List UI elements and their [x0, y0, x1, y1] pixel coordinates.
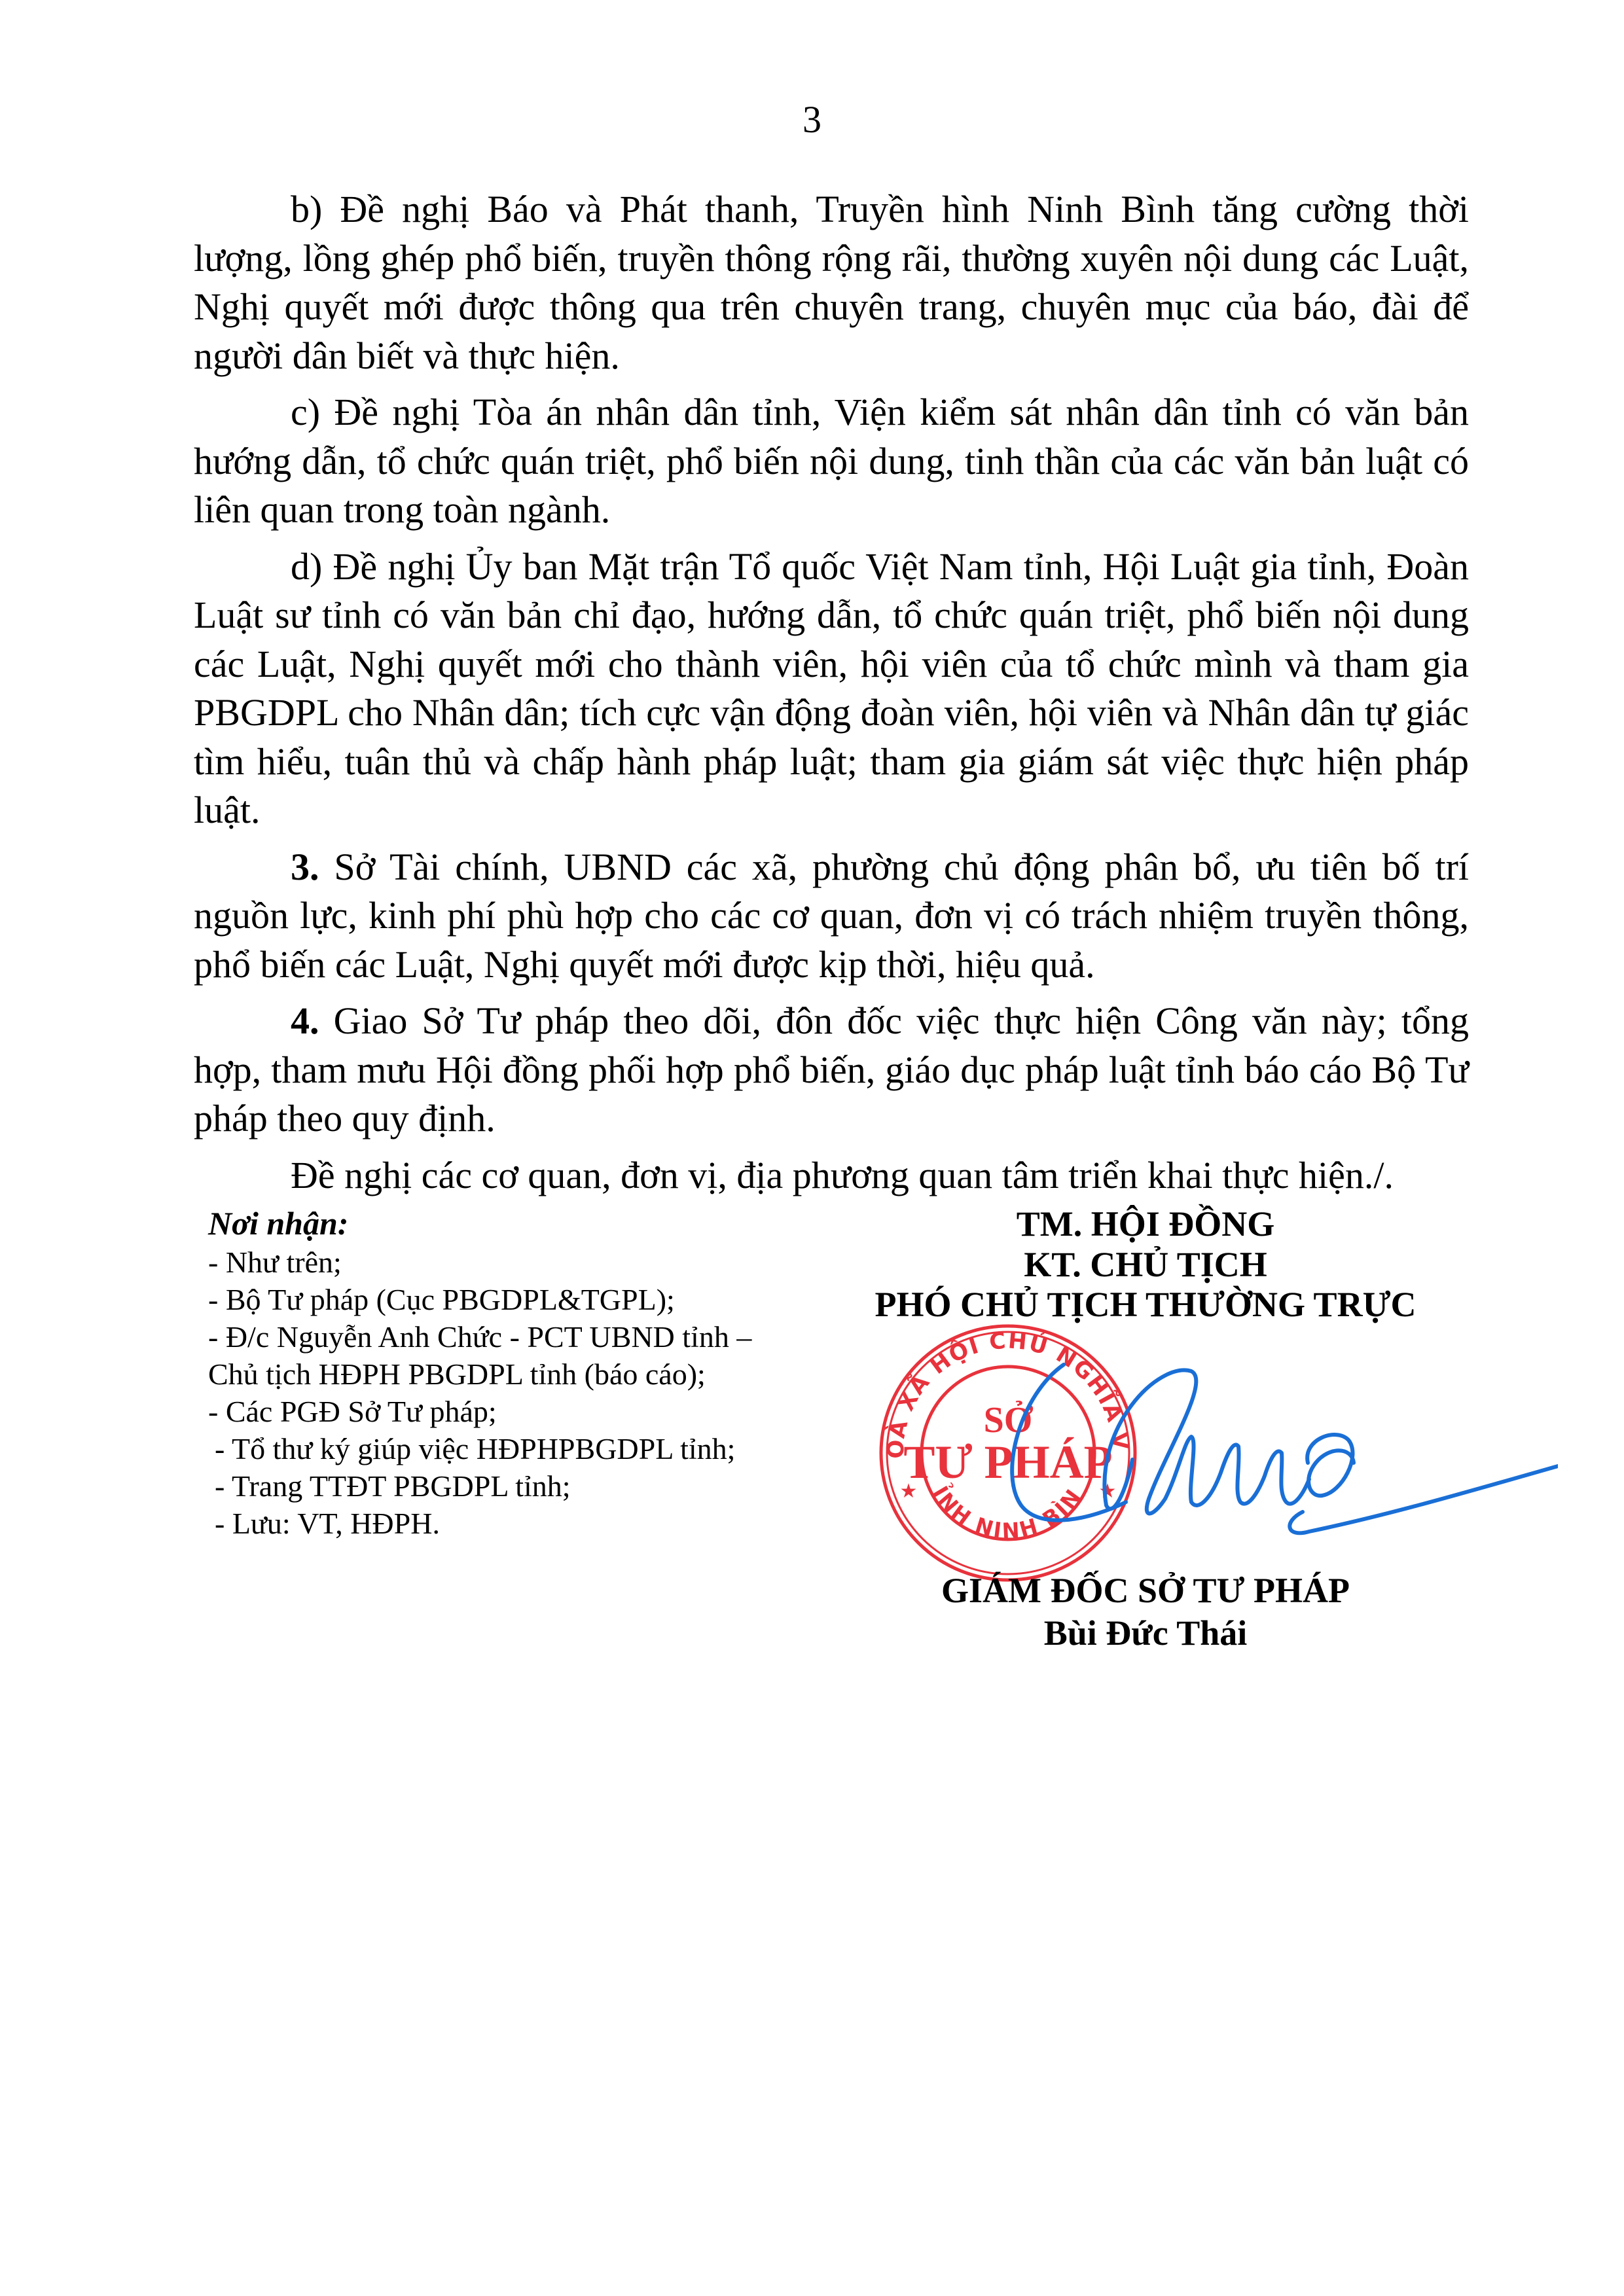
recipient-item: - Trang TTĐT PBGDPL tỉnh;	[208, 1467, 797, 1505]
signer-name: Bùi Đức Thái	[844, 1612, 1447, 1655]
recipient-item: - Đ/c Nguyễn Anh Chức - PCT UBND tỉnh –	[208, 1318, 797, 1355]
closing-paragraph: Đề nghị các cơ quan, đơn vị, địa phương …	[194, 1151, 1469, 1200]
signature-role: PHÓ CHỦ TỊCH THƯỜNG TRỰC	[844, 1285, 1447, 1325]
handwritten-signature-icon	[995, 1342, 1558, 1538]
paragraph-3: 3. Sở Tài chính, UBND các xã, phường chủ…	[194, 843, 1469, 990]
document-body: b) Đề nghị Báo và Phát thanh, Truyền hìn…	[194, 185, 1469, 1208]
paragraph-number: 3.	[291, 846, 319, 888]
signature-role: KT. CHỦ TỊCH	[844, 1245, 1447, 1285]
recipient-item: - Bộ Tư pháp (Cục PBGDPL&TGPL);	[208, 1281, 797, 1318]
signature-role: TM. HỘI ĐỒNG	[844, 1204, 1447, 1245]
recipient-item: - Lưu: VT, HĐPH.	[208, 1505, 797, 1542]
recipient-item: - Như trên;	[208, 1244, 797, 1281]
recipients-title: Nơi nhận:	[208, 1203, 797, 1244]
paragraph-number: 4.	[291, 999, 319, 1042]
page-number: 3	[0, 98, 1624, 141]
recipient-item: Chủ tịch HĐPH PBGDPL tỉnh (báo cáo);	[208, 1355, 797, 1393]
paragraph-b: b) Đề nghị Báo và Phát thanh, Truyền hìn…	[194, 185, 1469, 380]
paragraph-d: d) Đề nghị Ủy ban Mặt trận Tổ quốc Việt …	[194, 543, 1469, 835]
recipients-block: Nơi nhận: - Như trên; - Bộ Tư pháp (Cục …	[208, 1203, 797, 1542]
signature-header: TM. HỘI ĐỒNG KT. CHỦ TỊCH PHÓ CHỦ TỊCH T…	[844, 1204, 1447, 1325]
recipient-item: - Tổ thư ký giúp việc HĐPHPBGDPL tỉnh;	[208, 1430, 797, 1467]
signer-title: GIÁM ĐỐC SỞ TƯ PHÁP	[844, 1570, 1447, 1612]
recipient-item: - Các PGĐ Sở Tư pháp;	[208, 1393, 797, 1430]
paragraph-c: c) Đề nghị Tòa án nhân dân tỉnh, Viện ki…	[194, 388, 1469, 535]
paragraph-4: 4. Giao Sở Tư pháp theo dõi, đôn đốc việ…	[194, 997, 1469, 1143]
